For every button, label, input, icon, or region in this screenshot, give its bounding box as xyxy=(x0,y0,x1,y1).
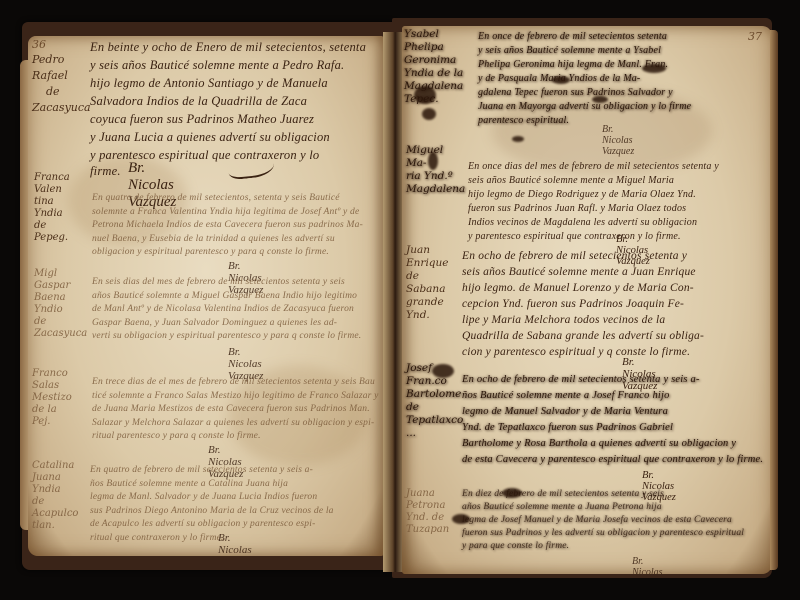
priest-signature: Br. Nicolas Vazquez xyxy=(632,556,664,574)
margin-note: Josef Fran.co Bartolome de Tepatlaxco ..… xyxy=(406,362,463,440)
entry-text: En diez de febrero de mil setecientos se… xyxy=(462,488,744,553)
right-page: 37 Ysabel Phelipa Geronima Yndia de la M… xyxy=(402,26,772,574)
entry-closing: firme. xyxy=(90,164,121,180)
margin-note: Juan Enrique de Sabana grande Ynd. xyxy=(406,244,449,322)
margin-note: Franco Salas Mestizo de la Pej. xyxy=(32,368,72,428)
left-page: 36 Pedro Rafael de Zacasyuca En beinte y… xyxy=(28,36,384,556)
ink-blot xyxy=(422,108,436,120)
entry-text: En ocho de febrero de mil setecientos se… xyxy=(462,248,704,360)
entry-text: En quatro de febrero de mil setecientos,… xyxy=(92,192,363,260)
margin-note: Ysabel Phelipa Geronima Yndia de la Magd… xyxy=(404,28,463,106)
entry-text: En quatro de febrero de mil setecientos … xyxy=(90,464,334,545)
entry-text: En once de febrero de mil setecientos se… xyxy=(478,30,691,128)
margin-note: Pedro Rafael de Zacasyuca xyxy=(32,52,91,116)
margin-note: Catalina Juana Yndia de Acapulco tlan. xyxy=(32,460,78,532)
entry-text: En seis dias del mes de febrero de mil s… xyxy=(92,276,361,344)
margin-note: Franca Valen tina Yndia de Pepeg. xyxy=(34,172,70,244)
margin-note: Juana Petrona Ynd. de Tuzapan xyxy=(406,488,449,536)
entry-text: En once dias del mes de febrero de mil s… xyxy=(468,160,719,244)
ink-blot xyxy=(512,136,524,142)
folio-number: 37 xyxy=(748,30,762,43)
right-page-edge xyxy=(770,30,778,570)
priest-signature: Br. Nicolas Vazquez xyxy=(218,532,253,556)
entry-text: En ocho de febrero de mil setecientos se… xyxy=(462,372,763,468)
priest-signature: Br. Nicolas Vazquez xyxy=(602,124,634,157)
margin-note: Miguel Ma- ria Ynd.º Magdalena xyxy=(406,144,465,196)
manuscript-photo: 36 Pedro Rafael de Zacasyuca En beinte y… xyxy=(0,0,800,600)
margin-note: Migl Gaspar Baena Yndio de Zacasyuca xyxy=(34,268,87,340)
folio-number: 36 xyxy=(32,38,46,51)
entry-text: En trece dias de el mes de febrero de mi… xyxy=(92,376,379,444)
signature-flourish xyxy=(227,152,275,181)
entry-text: En beinte y ocho de Enero de mil setecie… xyxy=(90,38,366,164)
